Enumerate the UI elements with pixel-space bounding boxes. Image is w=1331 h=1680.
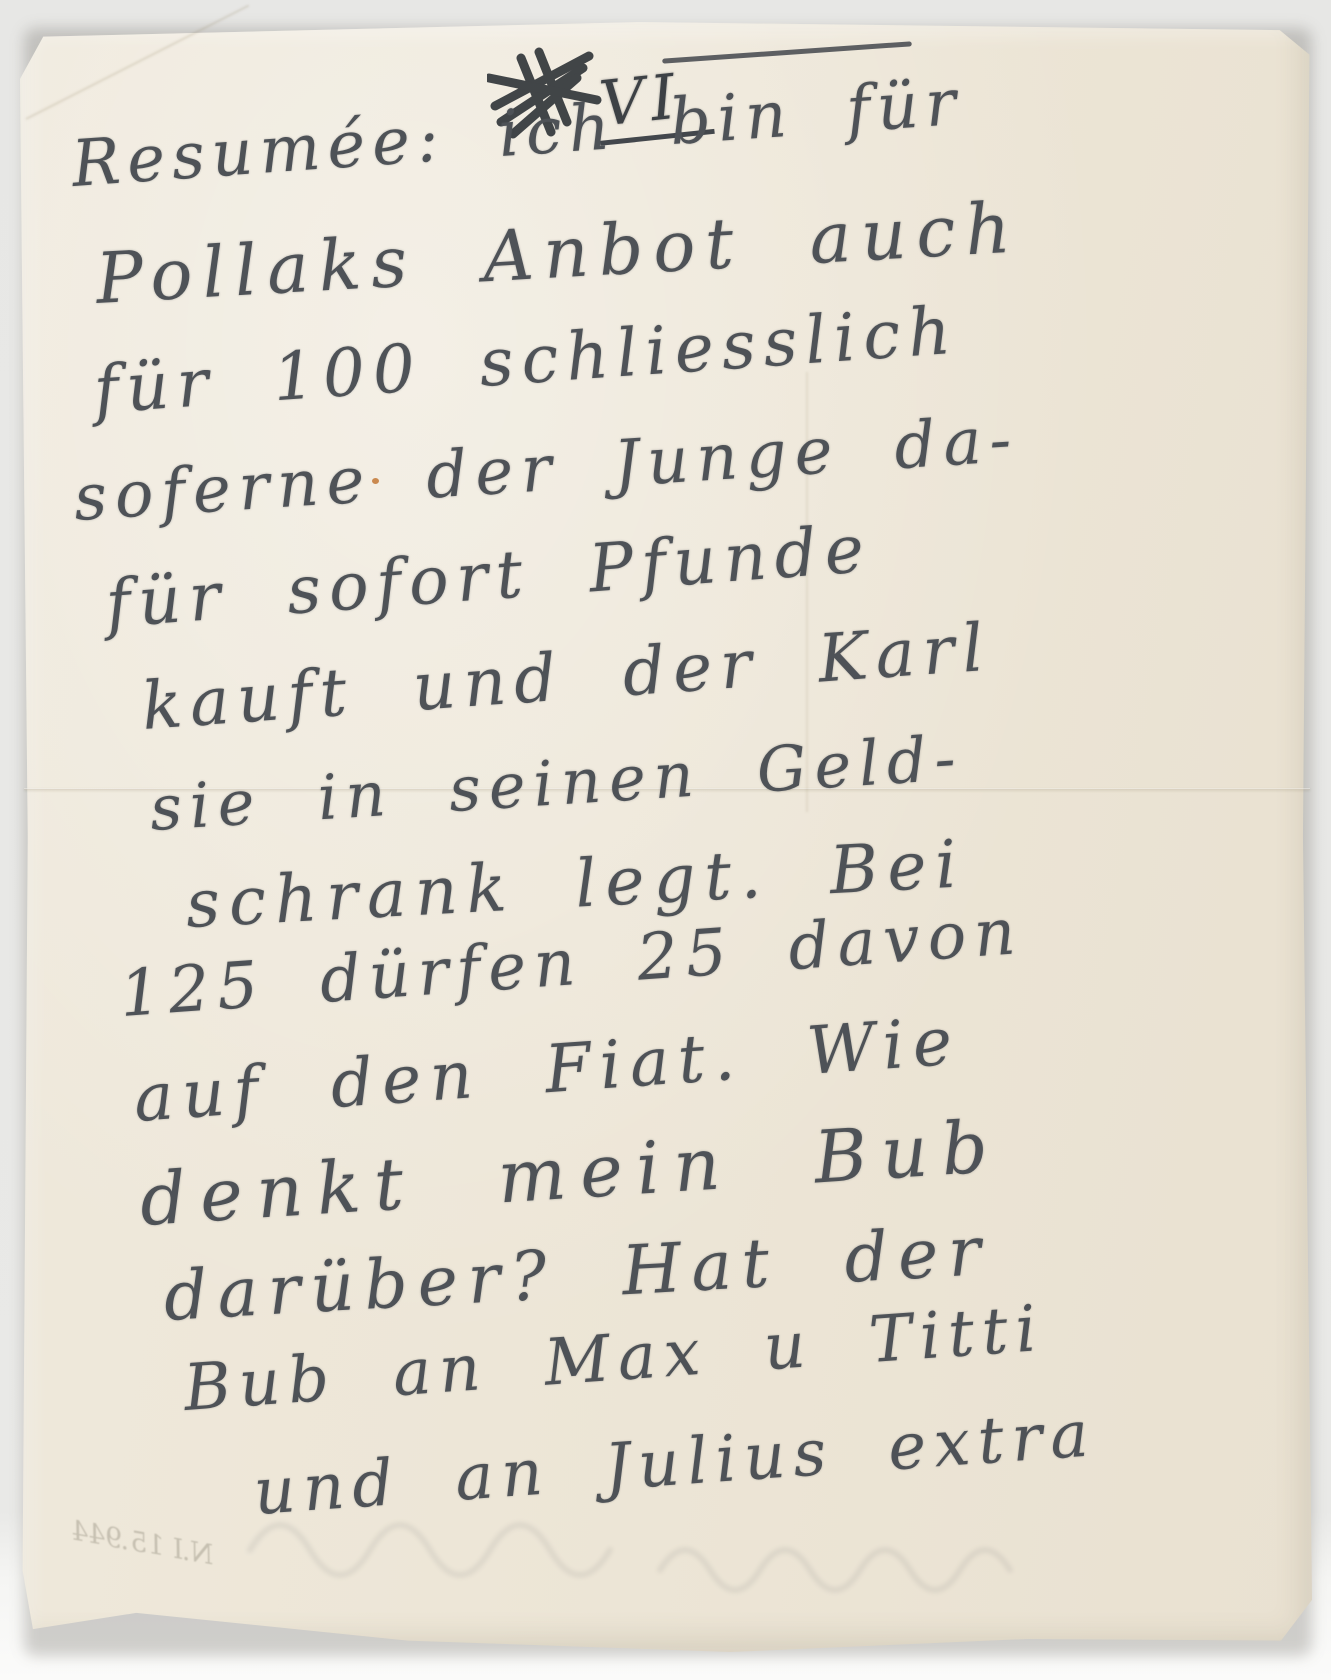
bleed-through-ghost bbox=[240, 1480, 1140, 1600]
scanned-letter-page: { "letter": { "page_number": "VI", "head… bbox=[0, 0, 1331, 1680]
